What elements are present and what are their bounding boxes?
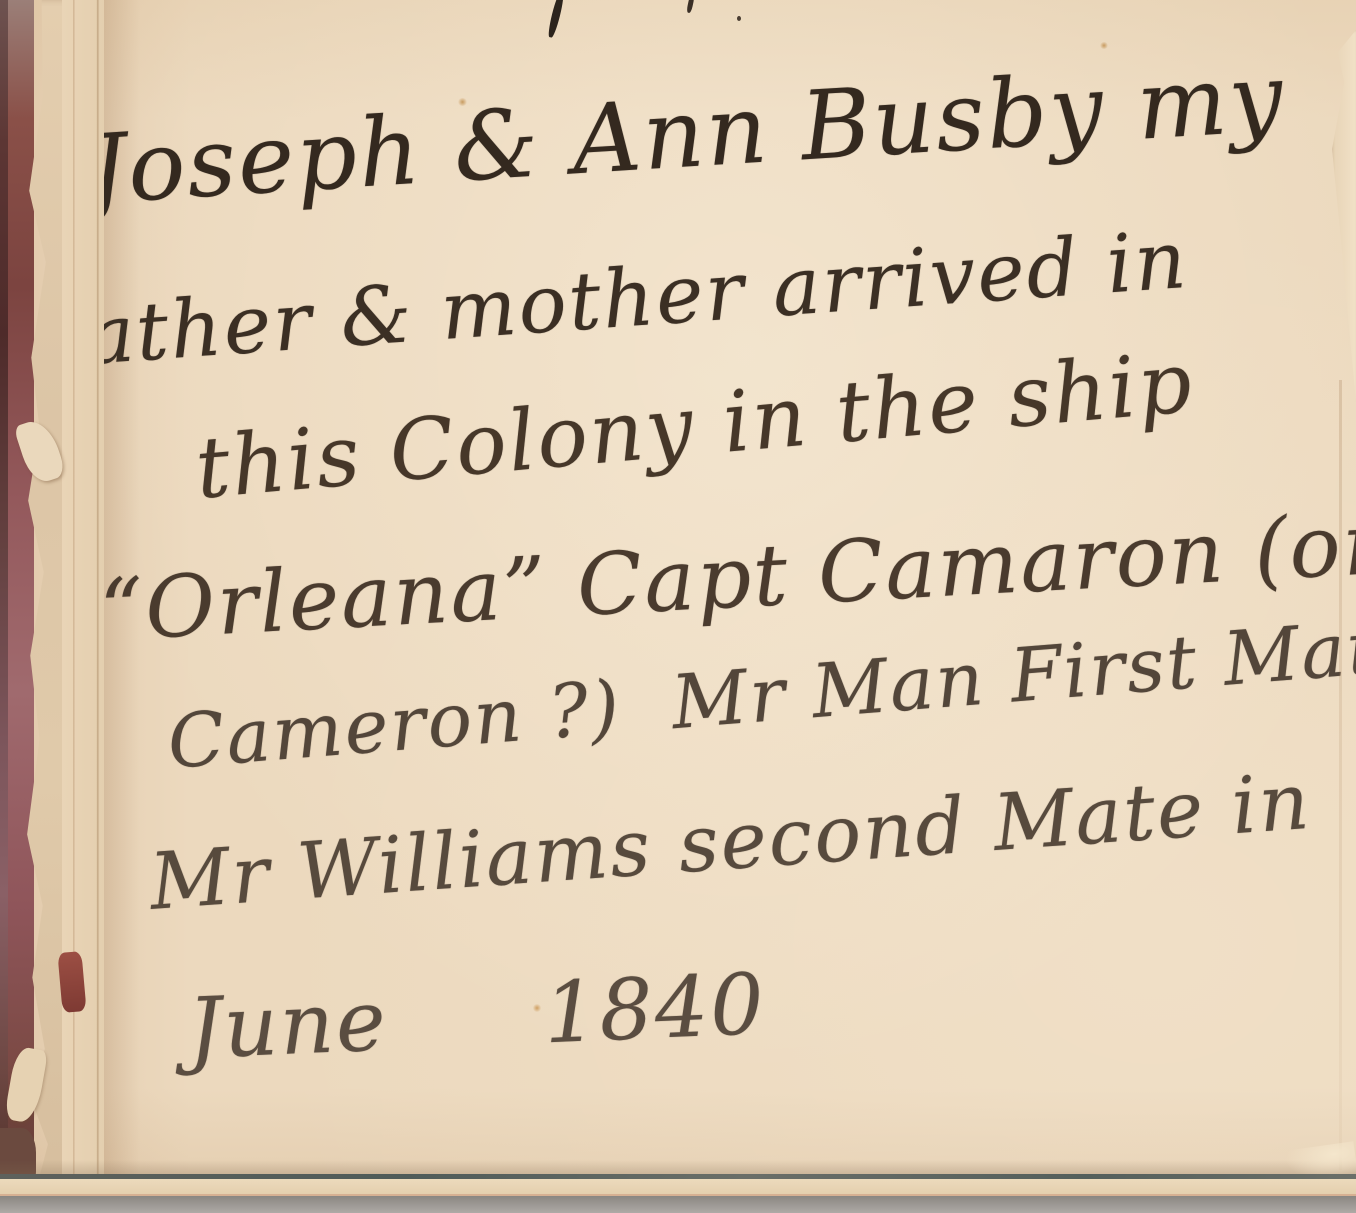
handwriting-line-6: Mr Williams second Mate in (147, 757, 1314, 928)
book-spine-cover (8, 0, 34, 1192)
page-curl-shadow (0, 1160, 1356, 1174)
foxing-spot (458, 98, 467, 106)
ink-stroke-remnant (547, 0, 566, 38)
under-page-edge (0, 1179, 1356, 1196)
handwriting-line-1: Joseph & Ann Busby my (85, 43, 1288, 226)
scanned-manuscript-photo: Joseph & Ann Busby my father & mother ar… (0, 0, 1356, 1213)
ink-dot-remnant (737, 16, 741, 21)
scanner-background (0, 1196, 1356, 1213)
notebook-page: Joseph & Ann Busby my father & mother ar… (0, 0, 1356, 1182)
foxing-spot (1100, 42, 1108, 49)
ink-stroke-remnant (686, 0, 695, 13)
handwriting-line-7: June 1840 (186, 955, 768, 1078)
foxing-spot (533, 1004, 541, 1012)
page-crease (1339, 380, 1342, 1170)
